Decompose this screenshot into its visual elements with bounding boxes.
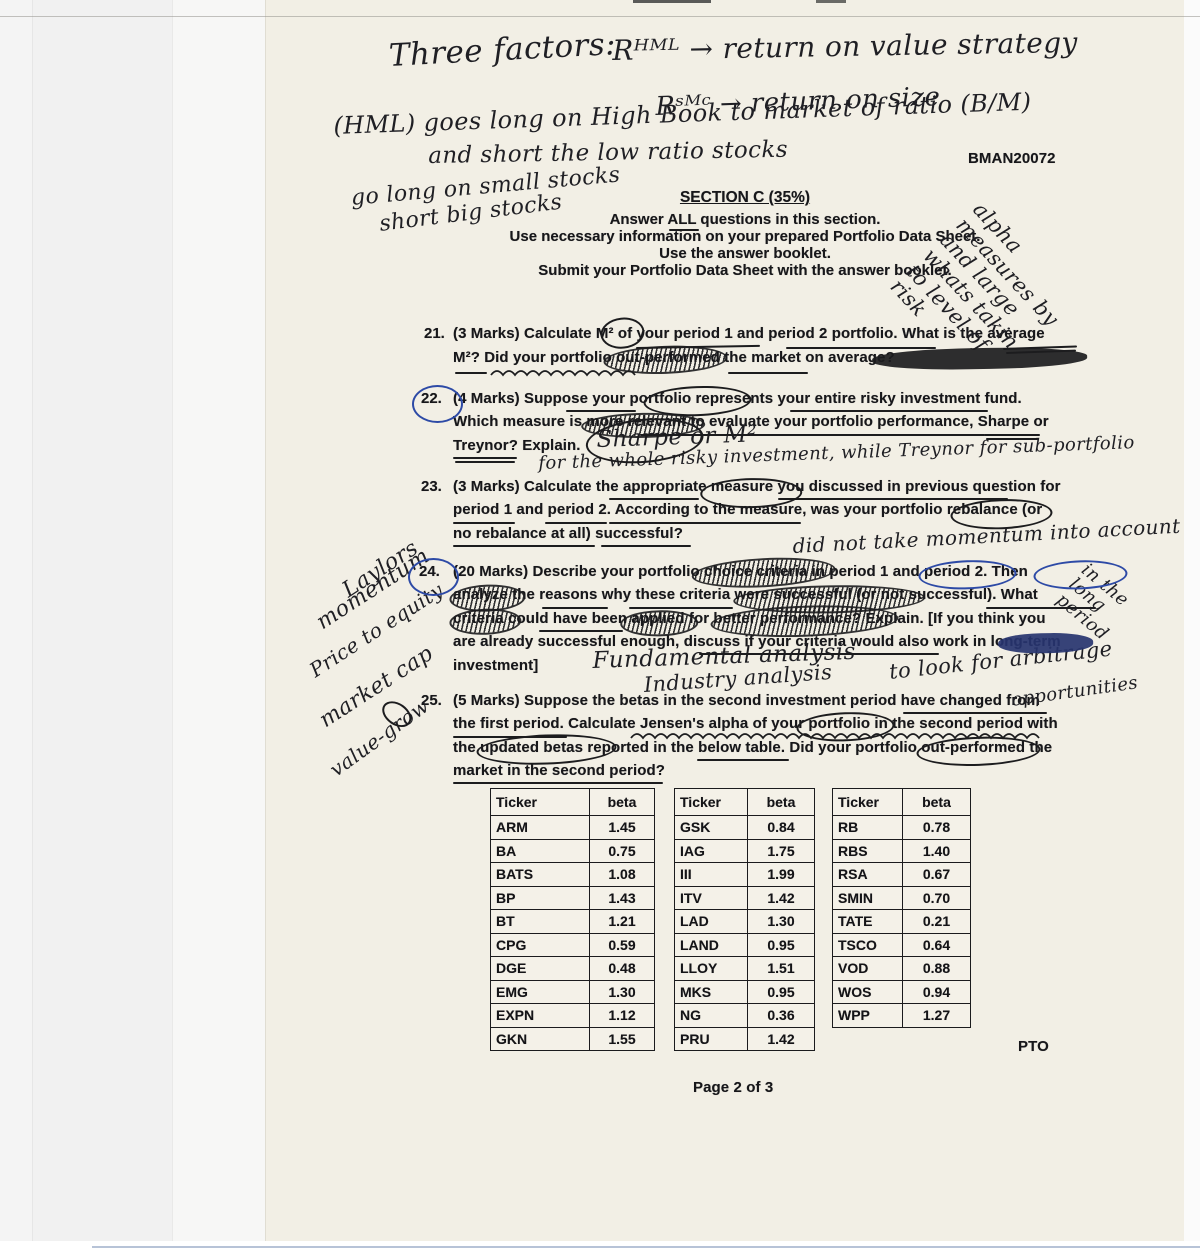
ink-underline bbox=[669, 229, 699, 231]
ink-underline bbox=[455, 372, 487, 374]
ink-scribble bbox=[710, 602, 899, 640]
ink-underline bbox=[609, 498, 699, 500]
ink-underline bbox=[545, 522, 607, 524]
ink-oval bbox=[377, 696, 416, 732]
ink-underline bbox=[453, 457, 517, 459]
ink-underline bbox=[903, 712, 1047, 714]
ink-underline bbox=[986, 438, 1038, 440]
ink-underline bbox=[697, 759, 789, 761]
ink-underline bbox=[984, 434, 1040, 436]
ink-underline bbox=[542, 607, 608, 609]
ink-underline bbox=[728, 372, 808, 374]
ink-oval bbox=[918, 559, 1017, 591]
ink-annotations-layer bbox=[0, 0, 1200, 1253]
ink-oval bbox=[1033, 559, 1128, 591]
ink-underline bbox=[609, 522, 801, 524]
ink-oval bbox=[408, 558, 459, 596]
ink-underline bbox=[986, 607, 1096, 609]
ink-underline bbox=[699, 653, 939, 655]
ink-oval bbox=[700, 477, 803, 509]
ink-underline bbox=[778, 498, 1008, 500]
scanned-exam-page: BMAN20072 SECTION C (35%) Answer ALL que… bbox=[0, 0, 1200, 1253]
ink-blot bbox=[998, 632, 1093, 654]
ink-scribble bbox=[620, 610, 698, 637]
ink-underline bbox=[539, 630, 623, 632]
ink-underline bbox=[453, 782, 663, 784]
ink-underline bbox=[566, 410, 636, 412]
ink-underline bbox=[786, 347, 936, 349]
ink-underline bbox=[453, 545, 595, 547]
ink-oval bbox=[950, 497, 1053, 531]
ink-underline bbox=[790, 410, 988, 412]
ink-oval bbox=[599, 315, 646, 350]
ink-underline bbox=[455, 461, 515, 463]
ink-underline bbox=[453, 522, 515, 524]
ink-blot bbox=[872, 346, 1087, 371]
ink-scribble bbox=[449, 607, 522, 635]
ink-underline bbox=[601, 545, 691, 547]
ink-underline bbox=[629, 607, 733, 609]
ink-oval bbox=[412, 385, 463, 423]
